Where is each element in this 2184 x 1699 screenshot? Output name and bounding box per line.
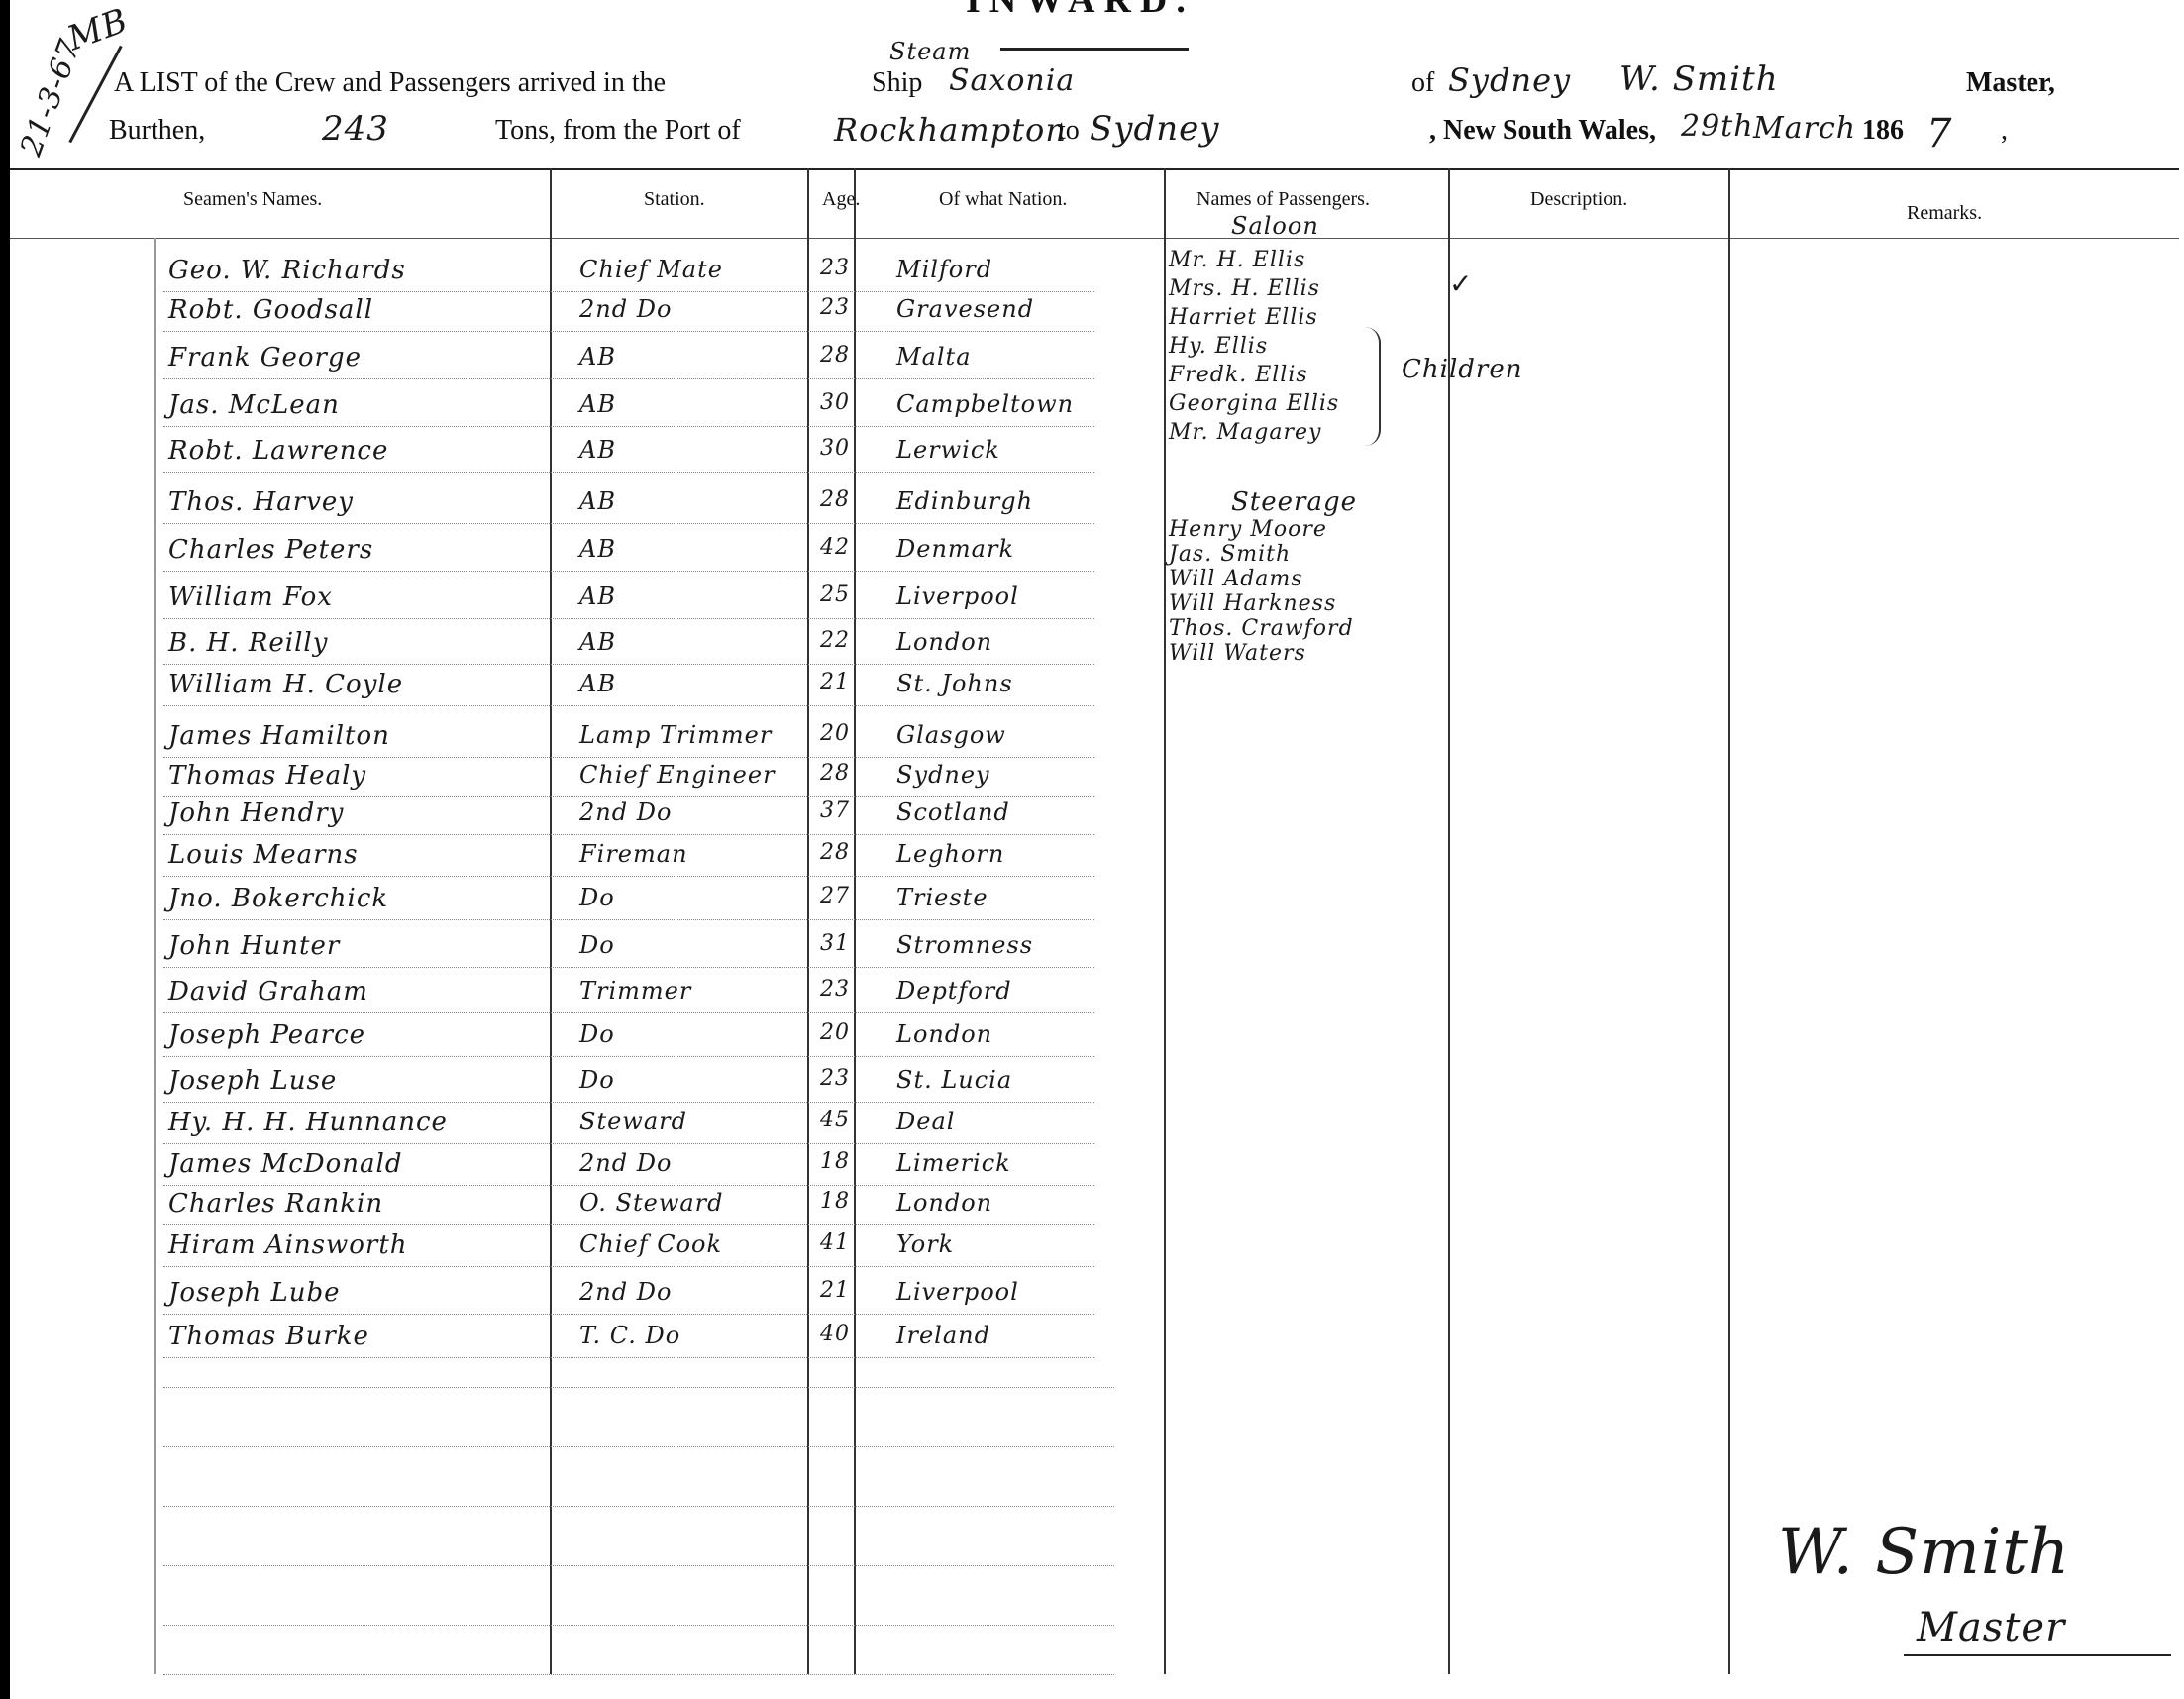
crew-name: Frank George	[168, 343, 362, 372]
trailing-comma: ,	[2001, 115, 2008, 147]
crew-age: 18	[820, 1149, 850, 1174]
form-title: INWARD.	[966, 0, 1195, 22]
header-seamen-names: Seamen's Names.	[183, 188, 322, 211]
saloon-passenger: Georgina Ellis	[1169, 391, 1339, 416]
steerage-passenger: Will Adams	[1169, 567, 1303, 591]
crew-age: 28	[820, 761, 850, 786]
crew-age: 41	[820, 1230, 850, 1255]
margin-initials: MB	[62, 1, 134, 59]
description-checkmark: ✓	[1449, 267, 1473, 300]
master-signature: W. Smith	[1778, 1516, 2070, 1589]
row-rule	[163, 1102, 1094, 1103]
ship-home-port: Sydney	[1448, 61, 1571, 99]
crew-nation: Scotland	[896, 798, 1010, 826]
crew-nation: Denmark	[896, 535, 1014, 563]
crew-nation: Ireland	[896, 1322, 990, 1349]
row-rule	[163, 571, 1094, 572]
crew-station: Do	[579, 931, 615, 959]
crew-station: T. C. Do	[579, 1322, 680, 1349]
crew-name: Joseph Lube	[168, 1278, 341, 1308]
blank-row-rule	[163, 1674, 1114, 1675]
row-rule	[163, 919, 1094, 920]
ship-type-insert: Steam	[889, 38, 971, 65]
crew-nation: Trieste	[896, 884, 988, 911]
header-passengers: Names of Passengers.	[1196, 188, 1370, 211]
crew-station: 2nd Do	[579, 1149, 672, 1177]
crew-name: Charles Rankin	[168, 1189, 383, 1219]
crew-age: 23	[820, 256, 850, 280]
crew-nation: Limerick	[896, 1149, 1011, 1177]
header-station: Station.	[644, 188, 705, 211]
col-divider-station	[550, 168, 552, 1674]
crew-age: 28	[820, 487, 850, 512]
crew-nation: Leghorn	[896, 840, 1004, 868]
blank-row-rule	[163, 1565, 1114, 1566]
header-remarks: Remarks.	[1907, 202, 1982, 225]
table-top-rule	[10, 168, 2179, 170]
crew-nation: Liverpool	[896, 583, 1019, 610]
crew-age: 40	[820, 1322, 850, 1346]
master-signature-title: Master	[1917, 1605, 2065, 1650]
crew-nation: Liverpool	[896, 1278, 1019, 1306]
crew-name: Joseph Pearce	[168, 1020, 365, 1050]
blank-row-rule	[163, 1625, 1114, 1626]
crew-age: 30	[820, 390, 850, 415]
ship-name: Saxonia	[949, 63, 1075, 98]
crew-station: 2nd Do	[579, 295, 672, 323]
crew-age: 23	[820, 1066, 850, 1091]
crew-age: 31	[820, 931, 850, 956]
crew-station: Steward	[579, 1108, 687, 1135]
to-label: to	[1058, 115, 1080, 147]
steerage-passenger: Jas. Smith	[1169, 542, 1291, 567]
steerage-label: Steerage	[1231, 487, 1357, 517]
saloon-label: Saloon	[1231, 212, 1319, 240]
crew-age: 22	[820, 628, 850, 653]
crew-name: William H. Coyle	[168, 670, 403, 699]
row-rule	[163, 291, 1094, 292]
crew-age: 37	[820, 798, 850, 823]
crew-station: Lamp Trimmer	[579, 721, 772, 749]
row-rule	[163, 1266, 1094, 1267]
crew-name: Robt. Lawrence	[168, 436, 388, 466]
burthen-label: Burthen,	[109, 115, 205, 147]
steerage-passenger: Will Harkness	[1169, 591, 1336, 616]
crew-station: Chief Mate	[579, 256, 723, 283]
year-suffix: 7	[1926, 111, 1952, 157]
saloon-passenger: Mr. Magarey	[1169, 420, 1321, 445]
crew-station: O. Steward	[579, 1189, 724, 1217]
row-rule	[163, 757, 1094, 758]
row-rule	[163, 1314, 1094, 1315]
crew-name: James Hamilton	[168, 721, 390, 751]
crew-station: Do	[579, 884, 615, 911]
crew-nation: London	[896, 1020, 992, 1048]
year-prefix: 186	[1862, 115, 1904, 147]
crew-age: 23	[820, 295, 850, 320]
row-rule	[163, 378, 1094, 379]
crew-name: Jas. McLean	[168, 390, 340, 420]
crew-name: William Fox	[168, 583, 333, 612]
scan-edge	[0, 0, 10, 1699]
crew-name: Thomas Burke	[168, 1322, 369, 1351]
crew-station: AB	[579, 583, 616, 610]
col-divider-nation	[854, 168, 856, 1674]
crew-age: 21	[820, 1278, 850, 1303]
crew-station: AB	[579, 343, 616, 371]
crew-age: 45	[820, 1108, 850, 1132]
row-rule	[163, 426, 1094, 427]
saloon-passenger: Hy. Ellis	[1169, 334, 1268, 359]
ship-label: Ship	[872, 67, 922, 99]
row-rule	[163, 876, 1094, 877]
crew-name: John Hunter	[168, 931, 340, 961]
crew-nation: St. Johns	[896, 670, 1013, 697]
crew-nation: Campbeltown	[896, 390, 1074, 418]
row-rule	[163, 331, 1094, 332]
crew-age: 28	[820, 343, 850, 368]
header-bottom-rule	[10, 238, 2179, 239]
blank-row-rule	[163, 1387, 1114, 1388]
crew-age: 42	[820, 535, 850, 560]
crew-station: AB	[579, 628, 616, 656]
crew-station: AB	[579, 390, 616, 418]
header-line1-prefix: A LIST of the Crew and Passengers arrive…	[114, 67, 666, 99]
row-rule	[163, 618, 1094, 619]
steerage-passenger: Will Waters	[1169, 641, 1306, 666]
crew-station: AB	[579, 436, 616, 464]
signature-underline	[1904, 1654, 2171, 1656]
crew-name: Thomas Healy	[168, 761, 366, 791]
crew-station: Chief Engineer	[579, 761, 776, 789]
saloon-passenger: Fredk. Ellis	[1169, 363, 1308, 387]
crew-age: 18	[820, 1189, 850, 1214]
master-name: W. Smith	[1619, 59, 1779, 99]
crew-age: 30	[820, 436, 850, 461]
saloon-passenger: Mrs. H. Ellis	[1169, 276, 1320, 301]
crew-name: David Graham	[168, 977, 368, 1007]
crew-nation: Glasgow	[896, 721, 1006, 749]
crew-name: Louis Mearns	[168, 840, 359, 870]
crew-age: 20	[820, 721, 850, 746]
blank-row-rule	[163, 1446, 1114, 1447]
crew-nation: Lerwick	[896, 436, 1000, 464]
saloon-passenger: Mr. H. Ellis	[1169, 248, 1305, 272]
crew-nation: Edinburgh	[896, 487, 1033, 515]
crew-nation: Deptford	[896, 977, 1012, 1005]
crew-name: Hiram Ainsworth	[168, 1230, 408, 1260]
row-rule	[163, 1143, 1094, 1144]
header-age: Age.	[822, 188, 860, 211]
crew-station: Trimmer	[579, 977, 691, 1005]
of-label: of	[1411, 67, 1434, 99]
crew-station: AB	[579, 535, 616, 563]
crew-nation: London	[896, 1189, 992, 1217]
crew-nation: St. Lucia	[896, 1066, 1012, 1094]
crew-station: AB	[579, 670, 616, 697]
crew-nation: Stromness	[896, 931, 1033, 959]
crew-age: 20	[820, 1020, 850, 1045]
crew-age: 25	[820, 583, 850, 607]
row-rule	[163, 967, 1094, 968]
crew-nation: York	[896, 1230, 954, 1258]
crew-nation: Malta	[896, 343, 972, 371]
crew-name: Jno. Bokerchick	[168, 884, 388, 913]
steerage-passenger: Thos. Crawford	[1169, 616, 1354, 641]
date-day: 29th	[1681, 109, 1754, 144]
col-divider-remarks	[1728, 168, 1730, 1674]
master-label: Master,	[1966, 67, 2055, 99]
row-rule	[163, 834, 1094, 835]
crew-nation: Milford	[896, 256, 992, 283]
crew-nation: London	[896, 628, 992, 656]
crew-nation: Gravesend	[896, 295, 1034, 323]
crew-nation: Deal	[896, 1108, 955, 1135]
saloon-passenger: Harriet Ellis	[1169, 305, 1318, 330]
header-nation: Of what Nation.	[939, 188, 1067, 211]
children-brace	[1365, 327, 1381, 446]
row-rule	[163, 796, 1094, 797]
col-divider-passengers	[1164, 168, 1166, 1674]
to-port: Sydney	[1090, 109, 1220, 149]
crew-station: Fireman	[579, 840, 688, 868]
row-rule	[163, 1185, 1094, 1186]
crew-station: Chief Cook	[579, 1230, 722, 1258]
date-month: March	[1753, 111, 1856, 146]
crew-station: 2nd Do	[579, 1278, 672, 1306]
crew-nation: Sydney	[896, 761, 990, 789]
row-rule	[163, 664, 1094, 665]
header-description: Description.	[1530, 188, 1627, 211]
row-rule	[163, 1056, 1094, 1057]
crew-name: Robt. Goodsall	[168, 295, 373, 325]
crew-name: Hy. H. H. Hunnance	[168, 1108, 448, 1137]
crew-name: James McDonald	[168, 1149, 402, 1179]
col-divider-age	[807, 168, 809, 1674]
crew-name: Charles Peters	[168, 535, 373, 565]
blank-row-rule	[163, 1506, 1114, 1507]
crew-station: AB	[579, 487, 616, 515]
crew-station: Do	[579, 1020, 615, 1048]
crew-age: 28	[820, 840, 850, 865]
row-rule	[163, 1012, 1094, 1013]
row-rule	[163, 705, 1094, 706]
title-rule	[1000, 48, 1189, 51]
children-note: Children	[1402, 355, 1522, 384]
crew-age: 21	[820, 670, 850, 694]
col-divider-margin	[154, 238, 156, 1674]
crew-age: 23	[820, 977, 850, 1002]
crew-age: 27	[820, 884, 850, 908]
col-divider-description	[1448, 168, 1450, 1674]
crew-name: Thos. Harvey	[168, 487, 354, 517]
row-rule	[163, 523, 1094, 524]
crew-name: Joseph Luse	[168, 1066, 337, 1096]
tons-from-port-label: Tons, from the Port of	[495, 115, 741, 147]
row-rule	[163, 1224, 1094, 1225]
row-rule	[163, 472, 1094, 473]
row-rule	[163, 1357, 1094, 1358]
crew-name: John Hendry	[168, 798, 344, 828]
from-port: Rockhampton	[834, 111, 1067, 149]
colony-label: , New South Wales,	[1429, 115, 1656, 147]
steerage-passenger: Henry Moore	[1169, 517, 1327, 542]
burthen-value: 243	[322, 109, 389, 149]
crew-name: Geo. W. Richards	[168, 256, 406, 285]
crew-name: B. H. Reilly	[168, 628, 328, 658]
crew-station: 2nd Do	[579, 798, 672, 826]
crew-station: Do	[579, 1066, 615, 1094]
